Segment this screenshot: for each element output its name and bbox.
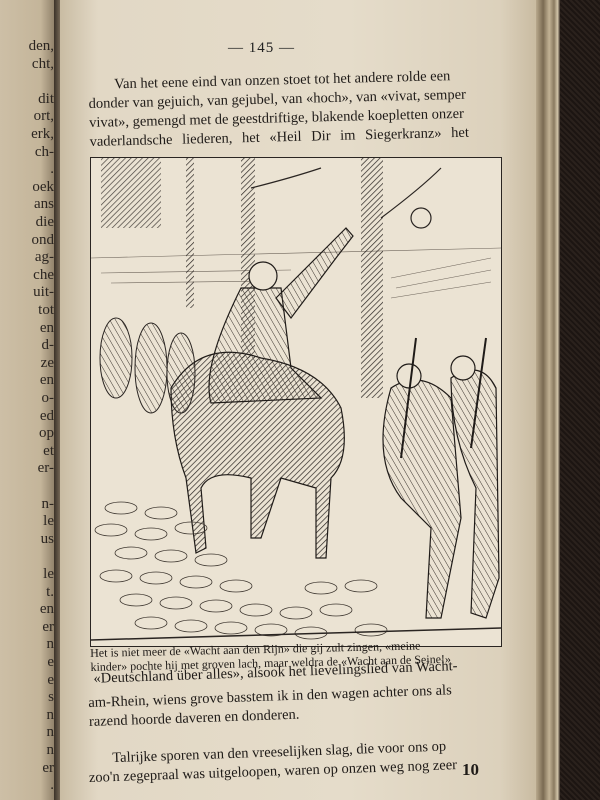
left-page-text-fragment: le: [43, 566, 54, 583]
left-page-text-fragment: n-: [42, 496, 55, 513]
left-page-text-fragment: d-: [42, 337, 55, 354]
illustration: [90, 157, 502, 647]
left-page-text-fragment: er-: [38, 460, 54, 477]
left-page-text-fragment: o-: [42, 390, 55, 407]
left-page-text-fragment: ag-: [35, 249, 54, 266]
left-page-text-fragment: er: [42, 760, 54, 777]
left-page-text-fragment: en: [40, 372, 54, 389]
left-page-text-fragment: ch-: [35, 144, 54, 161]
left-page-text-fragment: en: [40, 601, 54, 618]
left-page-text-fragment: t.: [46, 584, 54, 601]
left-page-text-fragment: ans: [34, 196, 54, 213]
paragraph-1: Van het eene eind van onzen stoet tot he…: [88, 67, 469, 152]
left-page-text-fragment: ond: [32, 232, 55, 249]
left-page-text-fragment: dit: [38, 91, 54, 108]
left-page-text-fragment: le: [43, 513, 54, 530]
page-number: — 145 —: [228, 40, 295, 57]
left-page-text-fragment: e: [47, 672, 54, 689]
left-page-text-fragment: n: [47, 707, 55, 724]
left-page: den,cht,ditort,erk,ch-.oekansdieondag-ch…: [0, 0, 58, 800]
illustration-drawing: [91, 158, 501, 646]
left-page-text-fragment: us: [41, 531, 54, 548]
left-page-text-fragment: uit-: [33, 284, 54, 301]
left-page-text-fragment: n: [47, 724, 55, 741]
left-page-text-fragment: oek: [32, 179, 54, 196]
left-page-text-fragment: den,: [29, 38, 54, 55]
left-page-text-fragment: die: [36, 214, 54, 231]
left-page-text-fragment: ze: [41, 355, 54, 372]
left-page-text-fragment: erk,: [31, 126, 54, 143]
left-page-text-fragment: e: [47, 654, 54, 671]
page-edges: [536, 0, 560, 800]
left-page-text-fragment: tot: [38, 302, 54, 319]
left-page-text-fragment: ort,: [34, 108, 54, 125]
left-page-text-fragment: che: [33, 267, 54, 284]
left-page-text-fragment: ed: [40, 408, 54, 425]
left-page-text-fragment: n: [47, 742, 55, 759]
left-page-text-fragment: et: [43, 443, 54, 460]
signature-mark: 10: [462, 760, 479, 780]
left-page-text-fragment: er: [42, 619, 54, 636]
left-page-text-fragment: cht,: [32, 56, 54, 73]
left-page-text-fragment: n: [47, 636, 55, 653]
left-page-text-fragment: op: [39, 425, 54, 442]
left-page-text-fragment: en: [40, 320, 54, 337]
